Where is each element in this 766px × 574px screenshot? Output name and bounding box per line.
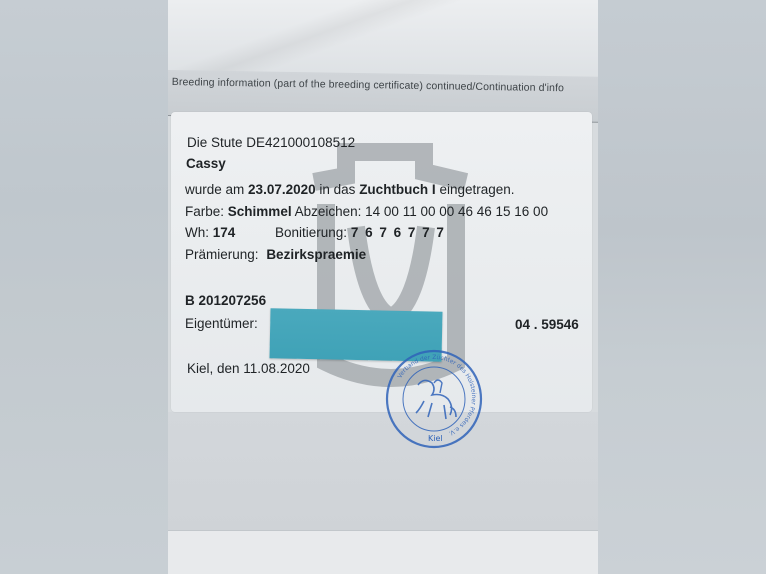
registration-suffix: eingetragen. bbox=[439, 182, 514, 197]
certificate-photo: Breeding information (part of the breedi… bbox=[168, 0, 598, 574]
height-value: 174 bbox=[213, 225, 236, 240]
rating-values: 7 6 7 6 7 7 7 bbox=[351, 225, 446, 240]
award-value: Bezirkspraemie bbox=[266, 247, 366, 262]
mare-id: DE421000108512 bbox=[246, 135, 355, 150]
registration-middle: in das bbox=[319, 182, 355, 197]
height-line: Wh: 174 bbox=[185, 225, 235, 240]
b-number: B 201207256 bbox=[185, 293, 266, 308]
owner-number: 04 . 59546 bbox=[515, 317, 579, 332]
mare-prefix: Die Stute bbox=[187, 135, 243, 150]
stud-book: Zuchtbuch I bbox=[359, 182, 436, 197]
registration-date: 23.07.2020 bbox=[248, 182, 316, 197]
color-markings-line: Farbe: Schimmel Abzeichen: 14 00 11 00 0… bbox=[185, 204, 548, 219]
award-line: Prämierung: Bezirkspraemie bbox=[185, 247, 366, 262]
rating-label: Bonitierung: bbox=[275, 225, 347, 240]
registration-prefix: wurde am bbox=[185, 182, 244, 197]
bottom-paper-strip bbox=[168, 530, 598, 574]
header-text: Breeding information (part of the breedi… bbox=[172, 76, 564, 94]
color-value: Schimmel bbox=[228, 204, 292, 219]
award-label: Prämierung: bbox=[185, 247, 259, 262]
registration-line: wurde am 23.07.2020 in das Zuchtbuch I e… bbox=[185, 182, 515, 197]
background-blur-left bbox=[0, 0, 168, 574]
place-date: Kiel, den 11.08.2020 bbox=[187, 361, 310, 376]
height-label: Wh: bbox=[185, 225, 209, 240]
association-stamp-icon: Kiel Verband der Züchter des Holsteiner … bbox=[382, 345, 486, 449]
markings-value: 14 00 11 00 00 46 46 15 16 00 bbox=[365, 204, 548, 219]
background-blur-right bbox=[598, 0, 766, 574]
markings-label: Abzeichen: bbox=[295, 204, 362, 219]
mare-name: Cassy bbox=[186, 156, 226, 171]
color-label: Farbe: bbox=[185, 204, 224, 219]
rating-line: Bonitierung: 7 6 7 6 7 7 7 bbox=[275, 225, 445, 240]
owner-label: Eigentümer: bbox=[185, 316, 258, 331]
registration-label-card: Die Stute DE421000108512 Cassy wurde am … bbox=[171, 112, 592, 412]
stamp-city: Kiel bbox=[428, 434, 443, 443]
fold-shadow bbox=[168, 0, 598, 78]
mare-id-line: Die Stute DE421000108512 bbox=[187, 135, 355, 150]
